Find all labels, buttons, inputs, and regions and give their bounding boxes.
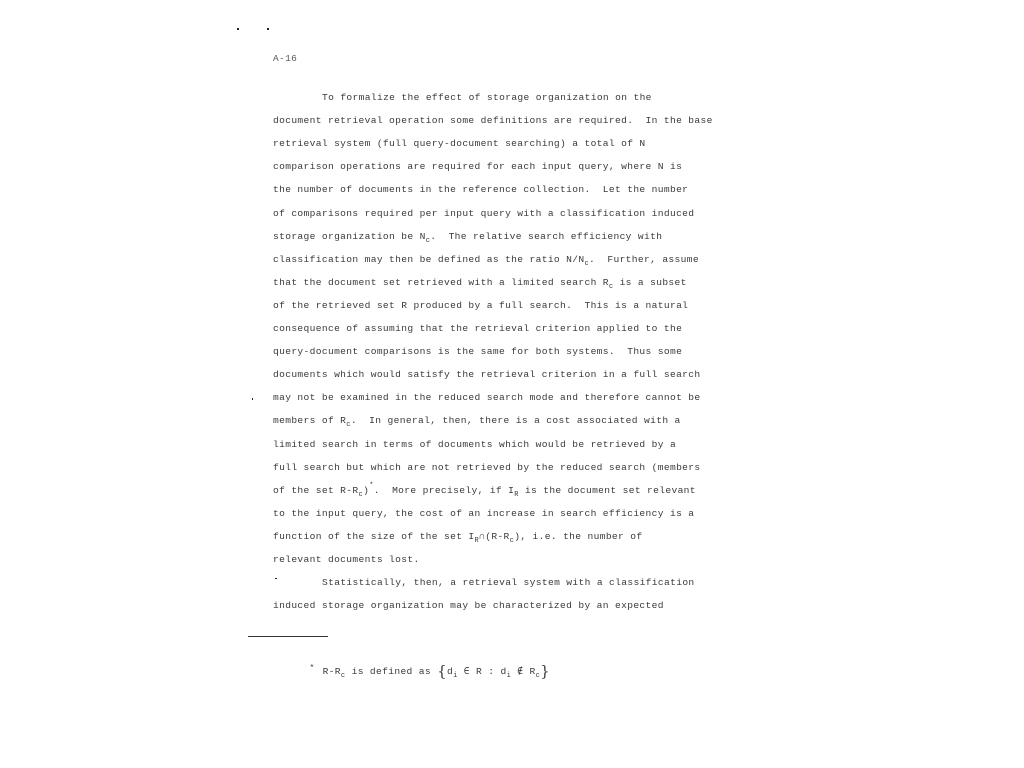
scan-speck	[275, 578, 277, 579]
text-line: comparison operations are required for e…	[273, 161, 682, 173]
text-line: members of Rc. In general, then, there i…	[273, 415, 681, 427]
footnote-divider	[248, 636, 328, 637]
set-brace-close: }	[540, 662, 550, 680]
footnote-lhs: R-R	[323, 666, 341, 677]
text-line: to the input query, the cost of an incre…	[273, 508, 694, 520]
text-line: document retrieval operation some defini…	[273, 115, 713, 127]
text-line: relevant documents lost.	[273, 554, 420, 566]
text-line: consequence of assuming that the retriev…	[273, 323, 682, 335]
footnote: *R-Rc is defined as {di ∈ R : di ∉ Rc}	[285, 648, 550, 693]
text-line: of the retrieved set R produced by a ful…	[273, 300, 688, 312]
text-line: of comparisons required per input query …	[273, 208, 694, 220]
text-line: query-document comparisons is the same f…	[273, 346, 682, 358]
footnote-mark: *	[309, 664, 314, 673]
scan-speck	[267, 28, 269, 30]
scan-speck	[237, 28, 239, 30]
scanned-document-page: A-16 To formalize the effect of storage …	[0, 0, 1024, 768]
text-line: classification may then be defined as th…	[273, 254, 699, 266]
text-line: induced storage organization may be char…	[273, 600, 664, 612]
text-line: documents which would satisfy the retrie…	[273, 369, 701, 381]
page-number: A-16	[273, 53, 297, 64]
text-line: retrieval system (full query-document se…	[273, 138, 646, 150]
text-line: that the document set retrieved with a l…	[273, 277, 687, 289]
text-line: Statistically, then, a retrieval system …	[322, 577, 695, 589]
set-brace-open: {	[437, 662, 447, 680]
text-line: the number of documents in the reference…	[273, 184, 688, 196]
text-line: To formalize the effect of storage organ…	[322, 92, 652, 104]
text-line: limited search in terms of documents whi…	[273, 439, 676, 451]
text-line: storage organization be Nc. The relative…	[273, 231, 662, 243]
text-line: function of the size of the set IR∩(R-Rc…	[273, 531, 642, 543]
scan-speck	[252, 398, 253, 400]
text-line: may not be examined in the reduced searc…	[273, 392, 701, 404]
text-line: full search but which are not retrieved …	[273, 462, 701, 474]
text-line: of the set R-Rc)*. More precisely, if IR…	[273, 485, 696, 497]
